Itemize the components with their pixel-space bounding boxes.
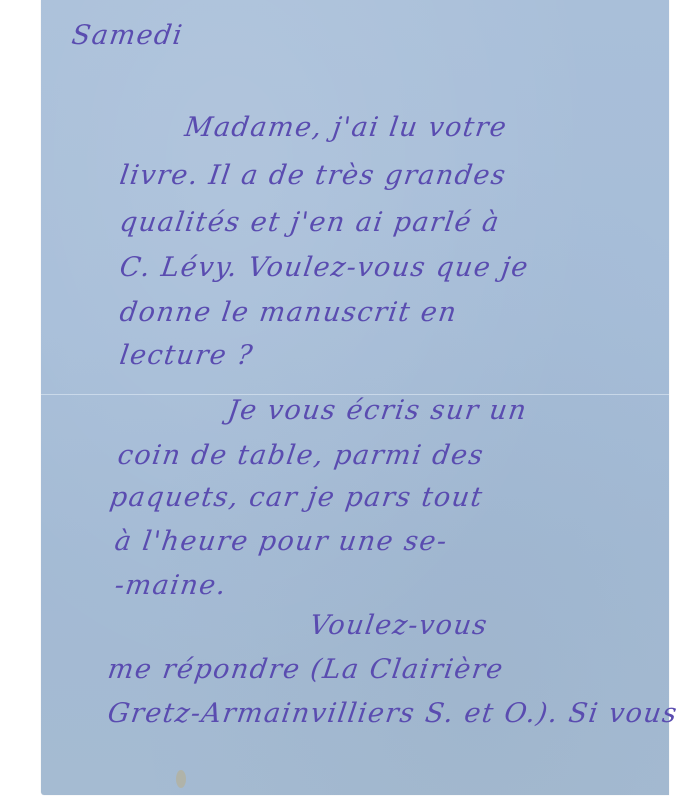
letter-line: me répondre (La Clairière (106, 654, 506, 685)
letter-line: coin de table, parmi des (116, 440, 486, 471)
letter-line: à l'heure pour une se- (113, 526, 450, 557)
letter-line: C. Lévy. Voulez-vous que je (118, 252, 531, 283)
letter-date: Samedi (70, 20, 185, 51)
letter-line: lecture ? (118, 340, 256, 371)
letter-line: paquets, car je pars tout (108, 482, 485, 513)
paper-stain (176, 770, 186, 788)
letter-line: livre. Il a de très grandes (118, 160, 509, 191)
letter-line: Madame, j'ai lu votre (183, 112, 510, 143)
letter-line: qualités et j'en ai parlé à (118, 207, 502, 238)
letter-line: -maine. (113, 570, 229, 601)
letter-line: Gretz-Armainvilliers S. et O.). Si vous (106, 698, 680, 729)
letter-line: Je vous écris sur un (226, 395, 530, 426)
letter-line: donne le manuscrit en (118, 297, 460, 328)
letter-line: Voulez-vous (308, 610, 490, 641)
